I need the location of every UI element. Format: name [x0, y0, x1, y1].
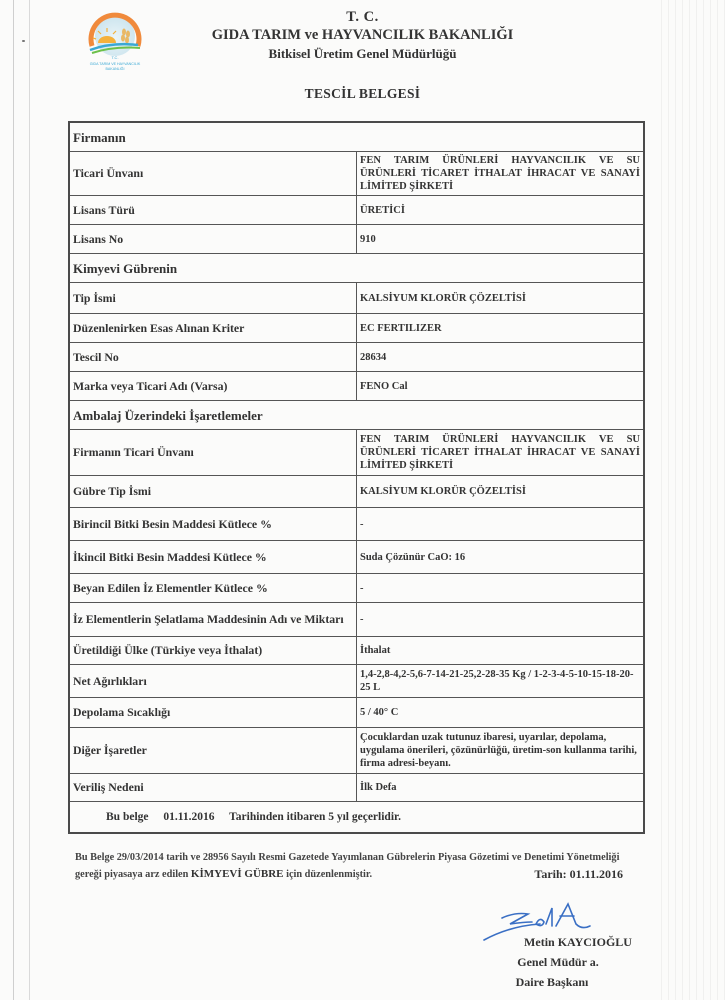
scan-edge-line	[13, 0, 14, 1000]
table-row: Beyan Edilen İz Elementler Kütlece % -	[69, 574, 644, 603]
document-title: TESCİL BELGESİ	[0, 86, 725, 102]
row-label: Firmanın Ticari Ünvanı	[69, 430, 357, 476]
table-row: Marka veya Ticari Adı (Varsa) FENO Cal	[69, 372, 644, 401]
signer-title: Genel Müdür a.	[458, 955, 658, 970]
svg-text:BAKANLIĞI: BAKANLIĞI	[106, 66, 125, 71]
department-heading: Bitkisel Üretim Genel Müdürlüğü	[0, 46, 725, 62]
validity-suffix: Tarihinden itibaren 5 yıl geçerlidir.	[229, 811, 401, 823]
row-label: Depolama Sıcaklığı	[69, 698, 357, 728]
row-value: Suda Çözünür CaO: 16	[357, 541, 645, 574]
row-label: Lisans No	[69, 225, 357, 254]
row-value: 910	[357, 225, 645, 254]
registration-table: Firmanın Ticari Ünvanı FEN TARIM ÜRÜNLER…	[68, 121, 645, 834]
section-title: Kimyevi Gübrenin	[69, 254, 644, 283]
row-label: Birincil Bitki Besin Maddesi Kütlece %	[69, 508, 357, 541]
table-row: Veriliş Nedeni İlk Defa	[69, 774, 644, 802]
row-value: EC FERTILIZER	[357, 314, 645, 343]
table-row: Depolama Sıcaklığı 5 / 40° C	[69, 698, 644, 728]
section-title: Firmanın	[69, 122, 644, 152]
row-value: 28634	[357, 343, 645, 372]
row-label: İz Elementlerin Şelatlama Maddesinin Adı…	[69, 603, 357, 637]
row-label: Düzenlenirken Esas Alınan Kriter	[69, 314, 357, 343]
row-label: Veriliş Nedeni	[69, 774, 357, 802]
state-heading: T. C.	[0, 9, 725, 26]
table-row: Firmanın Ticari Ünvanı FEN TARIM ÜRÜNLER…	[69, 430, 644, 476]
validity-row: Bu belge 01.11.2016 Tarihinden itibaren …	[69, 802, 644, 834]
row-label: Diğer İşaretler	[69, 728, 357, 774]
row-label: Tescil No	[69, 343, 357, 372]
row-label: Ticari Ünvanı	[69, 152, 357, 196]
row-value: FEN TARIM ÜRÜNLERİ HAYVANCILIK VE SU ÜRÜ…	[357, 152, 645, 196]
row-value: 1,4-2,8-4,2-5,6-7-14-21-25,2-28-35 Kg / …	[357, 665, 645, 698]
row-value: KALSİYUM KLORÜR ÇÖZELTİSİ	[357, 283, 645, 314]
row-value: İthalat	[357, 637, 645, 665]
row-label: Gübre Tip İsmi	[69, 476, 357, 508]
row-label: Üretildiği Ülke (Türkiye veya İthalat)	[69, 637, 357, 665]
row-value: -	[357, 603, 645, 637]
signer-position: Daire Başkanı	[452, 975, 652, 990]
row-value: KALSİYUM KLORÜR ÇÖZELTİSİ	[357, 476, 645, 508]
row-label: Marka veya Ticari Adı (Varsa)	[69, 372, 357, 401]
row-label: Net Ağırlıkları	[69, 665, 357, 698]
svg-text:GIDA TARIM VE HAYVANCILIK: GIDA TARIM VE HAYVANCILIK	[90, 62, 141, 66]
row-label: Tip İsmi	[69, 283, 357, 314]
row-value: ÜRETİCİ	[357, 196, 645, 225]
row-value: İlk Defa	[357, 774, 645, 802]
section-header-fertilizer: Kimyevi Gübrenin	[69, 254, 644, 283]
row-value: -	[357, 508, 645, 541]
validity-date: 01.11.2016	[163, 811, 214, 823]
issue-date: Tarih: 01.11.2016	[534, 866, 623, 882]
scan-texture	[655, 0, 725, 1000]
table-row: İkincil Bitki Besin Maddesi Kütlece % Su…	[69, 541, 644, 574]
section-header-packaging: Ambalaj Üzerindeki İşaretlemeler	[69, 401, 644, 430]
scan-edge-line	[29, 0, 30, 1000]
signer-name: Metin KAYCIOĞLU	[478, 935, 678, 950]
row-label: Lisans Türü	[69, 196, 357, 225]
validity-prefix: Bu belge	[106, 811, 149, 823]
table-row: Birincil Bitki Besin Maddesi Kütlece % -	[69, 508, 644, 541]
table-row: Net Ağırlıkları 1,4-2,8-4,2-5,6-7-14-21-…	[69, 665, 644, 698]
table-row: Lisans No 910	[69, 225, 644, 254]
table-row: Diğer İşaretler Çocuklardan uzak tutunuz…	[69, 728, 644, 774]
table-row: Düzenlenirken Esas Alınan Kriter EC FERT…	[69, 314, 644, 343]
row-label: İkincil Bitki Besin Maddesi Kütlece %	[69, 541, 357, 574]
note-text-end: için düzenlenmiştir.	[284, 869, 373, 880]
table-row: Tip İsmi KALSİYUM KLORÜR ÇÖZELTİSİ	[69, 283, 644, 314]
row-value: FENO Cal	[357, 372, 645, 401]
table-row: İz Elementlerin Şelatlama Maddesinin Adı…	[69, 603, 644, 637]
row-value: 5 / 40° C	[357, 698, 645, 728]
table-row: Gübre Tip İsmi KALSİYUM KLORÜR ÇÖZELTİSİ	[69, 476, 644, 508]
regulation-note: Bu Belge 29/03/2014 tarih ve 28956 Sayıl…	[75, 850, 635, 883]
section-header-firm: Firmanın	[69, 122, 644, 152]
row-value: -	[357, 574, 645, 603]
row-value: FEN TARIM ÜRÜNLERİ HAYVANCILIK VE SU ÜRÜ…	[357, 430, 645, 476]
table-row: Lisans Türü ÜRETİCİ	[69, 196, 644, 225]
validity-statement: Bu belge 01.11.2016 Tarihinden itibaren …	[69, 802, 644, 834]
section-title: Ambalaj Üzerindeki İşaretlemeler	[69, 401, 644, 430]
row-value: Çocuklardan uzak tutunuz ibaresi, uyarıl…	[357, 728, 645, 774]
table-row: Tescil No 28634	[69, 343, 644, 372]
table-row: Üretildiği Ülke (Türkiye veya İthalat) İ…	[69, 637, 644, 665]
table-row: Ticari Ünvanı FEN TARIM ÜRÜNLERİ HAYVANC…	[69, 152, 644, 196]
row-label: Beyan Edilen İz Elementler Kütlece %	[69, 574, 357, 603]
ministry-heading: GIDA TARIM ve HAYVANCILIK BAKANLIĞI	[0, 27, 725, 44]
note-emphasis: KİMYEVİ GÜBRE	[191, 868, 284, 880]
